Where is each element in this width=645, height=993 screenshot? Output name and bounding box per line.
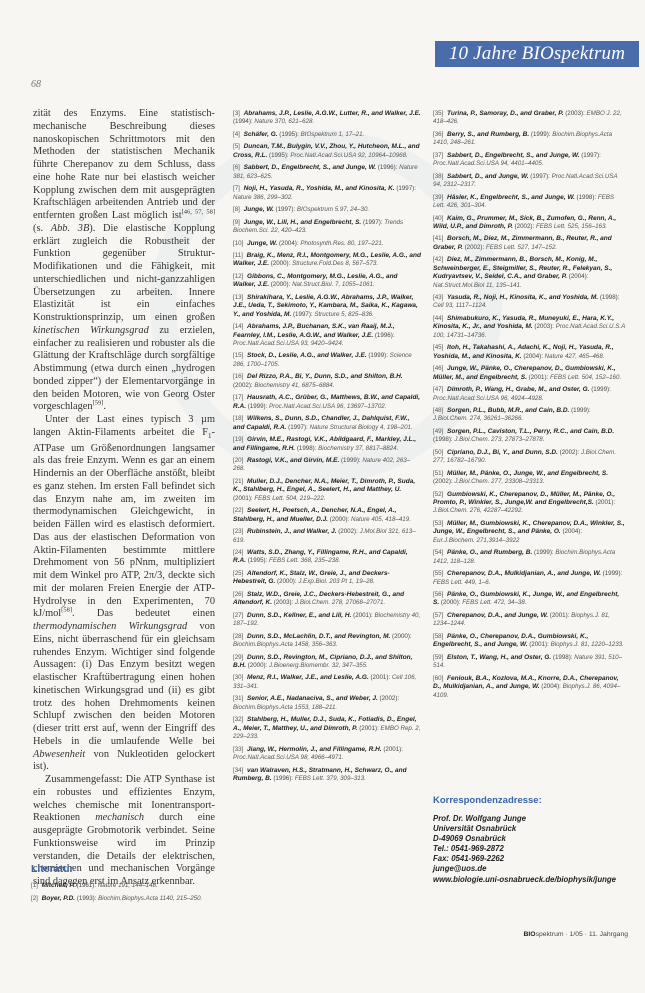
- reference-item: [34] van Walraven, H.S., Stratmann, H., …: [233, 767, 421, 784]
- reference-item: [26] Stalz, W.D., Greie, J.C., Deckers-H…: [233, 591, 421, 608]
- reference-list-left: [1] Mitchell, P. (1961): Nature 191, 144…: [31, 882, 221, 907]
- reference-auth: Menz, R.I., Walker, J.E., and Leslie, A.…: [247, 674, 369, 681]
- reference-year: (1994):: [233, 118, 254, 125]
- reference-num: [26]: [233, 591, 245, 598]
- reference-auth: Junge, W., Lill, H., and Engelbrecht, S.: [244, 219, 362, 226]
- page-footer: BIOspektrum · 1/05 · 11. Jahrgang: [430, 931, 628, 938]
- reference-item: [44] Shimabukuro, K., Yasuda, R., Muneyu…: [433, 315, 625, 340]
- reference-num: [11]: [233, 252, 245, 259]
- reference-src: Nature 386, 299–302.: [233, 194, 293, 201]
- reference-year: (1998):: [575, 194, 598, 201]
- reference-src: Eur.J.Biochem. 271,3914–3922: [433, 537, 519, 544]
- reference-auth: Häsler, K., Engelbrecht, S., and Junge, …: [447, 194, 575, 201]
- reference-year: (2000):: [275, 578, 298, 585]
- reference-auth: Sabbert, D., Engelbrecht, S., and Junge,…: [447, 152, 579, 159]
- reference-auth: Junge, W.: [247, 240, 277, 247]
- reference-item: [19] Girvin, M.E., Rastogi, V.K., Abildg…: [233, 436, 421, 453]
- reference-num: [1]: [31, 882, 40, 889]
- reference-list-middle: [3] Abrahams, J.P., Leslie, A.G.W., Lutt…: [233, 110, 421, 787]
- reference-year: (1999):: [532, 549, 555, 556]
- reference-num: [38]: [433, 173, 445, 180]
- footer-issue: · 1/05 · 11. Jahrgang: [564, 931, 628, 938]
- reference-year: (2000):: [269, 260, 292, 267]
- reference-auth: Dimroth, P., Wang, H., Grabe, M., and Os…: [447, 386, 589, 393]
- reference-year: (1997):: [579, 152, 600, 159]
- reference-item: [25] Altendorf, K., Stalz, W., Greie, J.…: [233, 570, 421, 587]
- reference-year: (2001):: [548, 612, 571, 619]
- reference-num: [41]: [433, 235, 445, 242]
- reference-src: Proc.Natl.Acad.Sci.USA 98, 4966–4971.: [233, 754, 344, 761]
- body-paragraph: zität des Enzyms. Eine statistisch-mecha…: [33, 108, 215, 414]
- reference-auth: Jiang, W., Hermolin, J., and Fillingame,…: [247, 746, 382, 753]
- reference-year: (2000):: [328, 516, 351, 523]
- corr-fax: Fax: 0541-969-2262: [433, 854, 638, 864]
- reference-item: [33] Jiang, W., Hermolin, J., and Fillin…: [233, 746, 421, 763]
- reference-item: [29] Dunn, S.D., Revington, M., Cipriano…: [233, 654, 421, 671]
- reference-year: (2003):: [533, 323, 556, 330]
- reference-year: (1995):: [246, 557, 269, 564]
- reference-item: [47] Dimroth, P., Wang, H., Grabe, M., a…: [433, 386, 625, 403]
- reference-item: [39] Häsler, K., Engelbrecht, S., and Ju…: [433, 194, 625, 211]
- reference-item: [40] Kaim, G., Prummer, M., Sick, B., Zu…: [433, 215, 625, 232]
- reference-item: [56] Pänke, O., Gumbiowski, K., Junge, W…: [433, 591, 625, 608]
- reference-src: Structure.Fold.Des 8, 567–573.: [292, 260, 378, 267]
- reference-item: [52] Gumbiowski, K., Cherepanov, D., Mül…: [433, 491, 625, 516]
- reference-year: (1996):: [373, 332, 394, 339]
- correspondence-heading: Korrespondenzadresse:: [433, 795, 542, 806]
- reference-year: (1996):: [376, 164, 399, 171]
- reference-auth: Müller, M., Gumbiowski, K., Cherepanov, …: [433, 520, 625, 535]
- reference-auth: Turina, P., Samoray, D., and Graber, P.: [447, 110, 563, 117]
- reference-num: [12]: [233, 273, 245, 280]
- reference-year: (1997):: [529, 173, 552, 180]
- reference-auth: Schäfer, G.: [244, 131, 278, 138]
- reference-item: [23] Rubinstein, J., and Walker, J. (200…: [233, 528, 421, 545]
- reference-num: [52]: [433, 491, 445, 498]
- reference-src: Biochim.Biophys.Acta 1553, 188–211.: [233, 704, 337, 711]
- reference-year: (1999):: [589, 386, 610, 393]
- reference-item: [12] Gibbons, C., Montgomery, M.G., Lesl…: [233, 273, 421, 290]
- reference-item: [43] Yasuda, R., Noji, H., Kinosita, K.,…: [433, 294, 625, 311]
- reference-num: [2]: [31, 895, 40, 902]
- article-body: zität des Enzyms. Eine statistisch-mecha…: [33, 108, 215, 889]
- reference-item: [6] Sabbert, D., Engelbrecht, S., and Ju…: [233, 164, 421, 181]
- reference-item: [8] Junge, W. (1997): BIOspektrum 5.97, …: [233, 206, 421, 214]
- reference-src: BIOspektrum 1, 17–21.: [301, 131, 365, 138]
- reference-auth: Cipriano, D.J., Bi, Y., and Dunn, S.D.: [447, 449, 558, 456]
- reference-year: (1998):: [598, 294, 619, 301]
- reference-auth: Rubinstein, J., and Walker, J.: [247, 528, 336, 535]
- reference-year: (1997):: [291, 311, 314, 318]
- reference-auth: Del Rizzo, P.A., Bi, Y., Dunn, S.D., and…: [247, 373, 403, 380]
- corr-email[interactable]: junge@uos.de: [433, 864, 638, 874]
- reference-num: [29]: [233, 654, 245, 661]
- reference-item: [14] Abrahams, J.P., Buchanan, S.K., van…: [233, 323, 421, 348]
- reference-item: [35] Turina, P., Samoray, D., and Graber…: [433, 110, 625, 127]
- reference-num: [42]: [433, 256, 445, 263]
- reference-year: (1997):: [274, 206, 297, 213]
- reference-year: (2002):: [433, 478, 454, 485]
- reference-item: [17] Hausrath, A.C., Grüber, G., Matthew…: [233, 394, 421, 411]
- reference-year: (1993):: [75, 895, 98, 902]
- reference-year: (1997):: [361, 219, 384, 226]
- reference-year: (1999):: [246, 403, 269, 410]
- reference-item: [16] Del Rizzo, P.A., Bi, Y., Dunn, S.D.…: [233, 373, 421, 390]
- reference-src: Nature 191, 144–148.: [98, 882, 158, 889]
- reference-num: [56]: [433, 591, 445, 598]
- reference-year: (2004):: [277, 240, 300, 247]
- reference-auth: Sorgen, P.L., Caviston, T.L., Perry, R.C…: [447, 428, 614, 435]
- reference-year: (1999):: [601, 570, 622, 577]
- reference-year: (2001):: [369, 674, 392, 681]
- reference-year: (1997):: [286, 424, 309, 431]
- reference-year: (2001):: [357, 725, 380, 732]
- reference-num: [15]: [233, 352, 245, 359]
- reference-item: [27] Dunn, S.D., Kellner, E., and Lill, …: [233, 612, 421, 629]
- reference-num: [6]: [233, 164, 242, 171]
- reference-year: (2002):: [337, 528, 360, 535]
- reference-auth: Noji, H., Yasuda, R., Yoshida, M., and K…: [244, 185, 395, 192]
- reference-src: Nat.Struct.Mol.Biol 11, 135–141.: [433, 282, 522, 289]
- reference-src: FEBS Lett. 504, 219–222.: [254, 495, 325, 502]
- reference-item: [45] Itoh, H., Takahashi, A., Adachi, K.…: [433, 344, 625, 361]
- reference-item: [28] Dunn, S.D., McLachlin, D.T., and Re…: [233, 633, 421, 650]
- reference-year: (1998):: [433, 436, 454, 443]
- reference-num: [10]: [233, 240, 245, 247]
- reference-src: Biochemistry 41, 6875–6884.: [254, 382, 334, 389]
- reference-year: (2001):: [233, 495, 254, 502]
- reference-item: [36] Berry, S., and Rumberg, B. (1999): …: [433, 131, 625, 148]
- reference-auth: Sabbert, D., and Junge, W.: [447, 173, 529, 180]
- reference-auth: Elston, T., Wang, H., and Oster, G.: [447, 654, 551, 661]
- reference-auth: Gumbiowski, K., Cherepanov, D., Müller, …: [433, 491, 615, 506]
- reference-src: Biochim.Biophys.Acta 1140, 215–250.: [98, 895, 202, 902]
- reference-num: [14]: [233, 323, 245, 330]
- reference-src: J.Biol.Chem. 273, 27873–27878.: [454, 436, 544, 443]
- reference-item: [50] Cipriano, D.J., Bi, Y., and Dunn, S…: [433, 449, 625, 466]
- reference-num: [43]: [433, 294, 445, 301]
- reference-auth: Abrahams, J.P., Buchanan, S.K., van Raai…: [233, 323, 395, 338]
- reference-auth: Cherepanov, D.A., Mulkidjanian, A., and …: [447, 570, 601, 577]
- reference-src: Proc.Natl.Acad.Sci.USA 96, 4924–4928.: [433, 395, 544, 402]
- reference-src: Proc.Natl.Acad.Sci.USA 93, 9420–9424.: [233, 340, 344, 347]
- corr-name: Prof. Dr. Wolfgang Junge: [433, 814, 638, 824]
- reference-src: FEBS Lett. 379, 309–313.: [295, 775, 366, 782]
- reference-num: [36]: [433, 131, 445, 138]
- reference-num: [18]: [233, 415, 245, 422]
- reference-item: [11] Braig, K., Menz, R.I., Montgomery, …: [233, 252, 421, 269]
- reference-year: (1995):: [267, 152, 290, 159]
- reference-num: [48]: [433, 407, 445, 414]
- footer-brand-bold: BIO: [523, 931, 535, 938]
- reference-num: [53]: [433, 520, 445, 527]
- reference-num: [58]: [433, 633, 445, 640]
- reference-item: [53] Müller, M., Gumbiowski, K., Cherepa…: [433, 520, 625, 545]
- reference-src: Nature Structural Biology 4, 198–201.: [310, 424, 413, 431]
- reference-num: [47]: [433, 386, 445, 393]
- reference-auth: Pänke, O., and Rumberg, B.: [447, 549, 532, 556]
- reference-item: [7] Noji, H., Yasuda, R., Yoshida, M., a…: [233, 185, 421, 202]
- reference-src: Structure 5, 825–836.: [314, 311, 374, 318]
- reference-item: [21] Muller, D.J., Dencher, N.A., Meier,…: [233, 478, 421, 503]
- reference-year: (2001):: [382, 746, 403, 753]
- reference-item: [48] Sorgen, P.L., Bubb, M.R., and Cain,…: [433, 407, 625, 424]
- reference-year: (1999):: [367, 352, 390, 359]
- reference-num: [37]: [433, 152, 445, 159]
- reference-src: Biophys.J. 81, 1220–1233.: [551, 641, 624, 648]
- reference-item: [5] Duncan, T.M., Bulygin, V.V., Zhou, Y…: [233, 143, 421, 160]
- reference-item: [37] Sabbert, D., Engelbrecht, S., and J…: [433, 152, 625, 169]
- reference-src: BIOspektrum 5.97, 24–30.: [297, 206, 369, 213]
- reference-year: (2004):: [522, 353, 545, 360]
- reference-num: [27]: [233, 612, 245, 619]
- reference-item: [20] Rastogi, V.K., and Girvin, M.E. (19…: [233, 457, 421, 474]
- reference-year: (2000):: [246, 662, 269, 669]
- reference-year: (1999):: [529, 131, 552, 138]
- reference-auth: Junge, W.: [244, 206, 274, 213]
- reference-item: [10] Junge, W. (2004): Photosynth.Res. 8…: [233, 240, 421, 248]
- reference-src: Biochim.Biophys.Acta 1458, 356–363.: [233, 641, 338, 648]
- literature-heading: Literatur: [31, 863, 74, 875]
- reference-src: Nature 427, 465–468.: [545, 353, 605, 360]
- reference-year: (1998):: [551, 654, 574, 661]
- reference-auth: Stock, D., Leslie, A.G., and Walker, J.E…: [247, 352, 367, 359]
- reference-num: [57]: [433, 612, 445, 619]
- reference-item: [60] Feniouk, B.A., Kozlova, M.A., Knorr…: [433, 675, 625, 700]
- reference-auth: Sabbert, D., Engelbrecht, S., and Junge,…: [244, 164, 376, 171]
- reference-src: Proc.Natl.Acad.Sci.USA 94, 4401–4405.: [433, 160, 544, 167]
- reference-year: (2000):: [439, 599, 462, 606]
- reference-year: (1998):: [295, 445, 318, 452]
- reference-item: [51] Müller, M., Pänke, O., Junge, W., a…: [433, 470, 625, 487]
- reference-auth: Abrahams, J.P., Leslie, A.G.W., Lutter, …: [244, 110, 421, 117]
- reference-num: [39]: [433, 194, 445, 201]
- reference-num: [7]: [233, 185, 242, 192]
- reference-num: [30]: [233, 674, 245, 681]
- reference-src: J.Biol.Chem. 278, 27068–27071.: [295, 599, 385, 606]
- reference-num: [23]: [233, 528, 245, 535]
- reference-num: [4]: [233, 131, 242, 138]
- journal-banner: 10 Jahre BIOspektrum: [435, 41, 639, 67]
- correspondence-address: Prof. Dr. Wolfgang Junge Universität Osn…: [433, 814, 638, 885]
- reference-item: [42] Diez, M., Zimmermann, B., Borsch, M…: [433, 256, 625, 290]
- reference-year: (1995):: [278, 131, 301, 138]
- reference-item: [30] Menz, R.I., Walker, J.E., and Lesli…: [233, 674, 421, 691]
- reference-auth: Dunn, S.D., Kellner, E., and Lill, H.: [247, 612, 351, 619]
- reference-year: (1999):: [339, 457, 362, 464]
- reference-item: [31] Senior, A.E., Nadanaciva, S., and W…: [233, 695, 421, 712]
- reference-num: [49]: [433, 428, 445, 435]
- reference-num: [8]: [233, 206, 242, 213]
- reference-year: (2003):: [564, 110, 587, 117]
- reference-item: [3] Abrahams, J.P., Leslie, A.G.W., Lutt…: [233, 110, 421, 127]
- reference-num: [16]: [233, 373, 245, 380]
- reference-num: [33]: [233, 746, 245, 753]
- reference-src: J.Biol.Chem. 274, 36261–36266.: [433, 415, 523, 422]
- reference-item: [1] Mitchell, P. (1961): Nature 191, 144…: [31, 882, 221, 890]
- reference-num: [19]: [233, 436, 245, 443]
- reference-item: [9] Junge, W., Lill, H., and Engelbrecht…: [233, 219, 421, 236]
- reference-year: (1997):: [395, 185, 416, 192]
- reference-item: [4] Schäfer, G. (1995): BIOspektrum 1, 1…: [233, 131, 421, 139]
- reference-src: J.Biol.Chem. 276, 42287–42292.: [433, 507, 523, 514]
- reference-num: [20]: [233, 457, 245, 464]
- reference-num: [50]: [433, 449, 445, 456]
- reference-num: [9]: [233, 219, 242, 226]
- body-paragraph: Unter der Last eines typisch 3 µm langen…: [33, 414, 215, 774]
- reference-item: [58] Pänke, O., Cherepanov, D.A., Gumbio…: [433, 633, 625, 650]
- reference-num: [46]: [433, 365, 445, 372]
- reference-auth: Sorgen, P.L., Bubb, M.R., and Cain, B.D.: [447, 407, 569, 414]
- reference-num: [44]: [433, 315, 445, 322]
- reference-year: (1996):: [272, 775, 295, 782]
- reference-num: [35]: [433, 110, 445, 117]
- reference-year: (2001):: [528, 641, 551, 648]
- reference-num: [54]: [433, 549, 445, 556]
- reference-src: Proc.Natl.Acad.Sci.USA 92, 10964–10968.: [290, 152, 407, 159]
- reference-item: [57] Cherepanov, D.A., and Junge, W. (20…: [433, 612, 625, 629]
- reference-year: (2002):: [378, 695, 399, 702]
- reference-year: (2004):: [567, 273, 588, 280]
- reference-src: Nature 405, 418–419.: [351, 516, 411, 523]
- reference-auth: Dunn, S.D., McLachlin, D.T., and Revingt…: [247, 633, 390, 640]
- reference-src: Nature 370, 621–628.: [254, 118, 314, 125]
- reference-item: [41] Borsch, M., Diez, M., Zimmermann, B…: [433, 235, 625, 252]
- reference-src: J.Bioenerg.Biomembr. 32, 347–355.: [269, 662, 368, 669]
- corr-university: Universität Osnabrück: [433, 824, 638, 834]
- reference-src: Cell 93, 1117–1124.: [433, 302, 487, 309]
- reference-item: [59] Elston, T., Wang, H., and Oster, G.…: [433, 654, 625, 671]
- reference-num: [45]: [433, 344, 445, 351]
- reference-year: (2000):: [269, 281, 292, 288]
- reference-src: Proc.Natl.Acad.Sci.USA 96, 13697–13702.: [269, 403, 386, 410]
- reference-item: [32] Stahlberg, H., Muller, D.J., Suda, …: [233, 716, 421, 741]
- reference-year: (2001):: [594, 499, 615, 506]
- banner-title: 10 Jahre BIOspektrum: [449, 43, 625, 65]
- corr-city: D-49069 Osnabrück: [433, 834, 638, 844]
- reference-auth: Boyer, P.D.: [42, 895, 75, 902]
- reference-year: (2004):: [540, 683, 563, 690]
- reference-item: [49] Sorgen, P.L., Caviston, T.L., Perry…: [433, 428, 625, 445]
- reference-auth: Müller, M., Pänke, O., Junge, W., and En…: [447, 470, 608, 477]
- reference-num: [24]: [233, 549, 245, 556]
- reference-item: [54] Pänke, O., and Rumberg, B. (1999): …: [433, 549, 625, 566]
- reference-num: [21]: [233, 478, 245, 485]
- reference-year: (2002):: [233, 382, 254, 389]
- footer-brand-rest: spektrum: [536, 931, 564, 938]
- reference-num: [17]: [233, 394, 245, 401]
- reference-num: [32]: [233, 716, 245, 723]
- reference-num: [40]: [433, 215, 445, 222]
- reference-item: [38] Sabbert, D., and Junge, W. (1997): …: [433, 173, 625, 190]
- reference-src: Nat.Struct.Biol. 7, 1055–1061.: [292, 281, 375, 288]
- reference-year: (1961):: [75, 882, 98, 889]
- reference-year: (2004):: [561, 528, 582, 535]
- reference-auth: Berry, S., and Rumberg, B.: [447, 131, 529, 138]
- reference-year: (2001):: [351, 612, 374, 619]
- reference-src: Biochemistry 37, 8817–8824.: [318, 445, 398, 452]
- reference-year: (2002):: [463, 244, 486, 251]
- reference-year: (2002):: [513, 223, 536, 230]
- reference-num: [31]: [233, 695, 245, 702]
- page-number: 68: [31, 79, 41, 90]
- reference-item: [55] Cherepanov, D.A., Mulkidjanian, A.,…: [433, 570, 625, 587]
- reference-num: [3]: [233, 110, 242, 117]
- reference-src: FEBS Lett. 368, 235–238.: [269, 557, 340, 564]
- reference-src: Photosynth.Res. 80, 197–221.: [300, 240, 383, 247]
- corr-phone: Tel.: 0541-969-2872: [433, 844, 638, 854]
- reference-num: [25]: [233, 570, 245, 577]
- reference-item: [13] Shirakihara, Y., Leslie, A.G.W., Ab…: [233, 294, 421, 319]
- reference-num: [34]: [233, 767, 245, 774]
- reference-auth: Rastogi, V.K., and Girvin, M.E.: [247, 457, 339, 464]
- reference-item: [15] Stock, D., Leslie, A.G., and Walker…: [233, 352, 421, 369]
- reference-auth: Cherepanov, D.A., and Junge, W.: [447, 612, 548, 619]
- reference-item: [24] Watts, S.D., Zhang, Y., Fillingame,…: [233, 549, 421, 566]
- reference-src: FEBS Lett. 525, 156–163.: [536, 223, 607, 230]
- reference-src: FEBS Lett. 449, 1–6.: [433, 579, 490, 586]
- reference-src: FEBS Lett. 472, 34–38.: [462, 599, 526, 606]
- reference-item: [2] Boyer, P.D. (1993): Biochim.Biophys.…: [31, 895, 221, 903]
- reference-item: [18] Wilkens, S., Dunn, S.D., Chandler, …: [233, 415, 421, 432]
- corr-website[interactable]: www.biologie.uni-osnabrueck.de/biophysik…: [433, 875, 638, 885]
- reference-auth: Senior, A.E., Nadanaciva, S., and Weber,…: [247, 695, 378, 702]
- reference-list-right: [35] Turina, P., Samoray, D., and Graber…: [433, 110, 625, 704]
- reference-year: (1999):: [569, 407, 590, 414]
- reference-auth: Muller, D.J., Dencher, N.A., Meier, T., …: [233, 478, 415, 493]
- reference-num: [59]: [433, 654, 445, 661]
- reference-year: (2001):: [527, 374, 550, 381]
- reference-src: FEBS Lett. 504, 152–160.: [550, 374, 621, 381]
- reference-num: [13]: [233, 294, 245, 301]
- reference-year: (2003):: [272, 599, 295, 606]
- reference-item: [22] Seelert, H., Poetsch, A., Dencher, …: [233, 507, 421, 524]
- reference-src: J.Biol.Chem. 277, 23308–23313.: [454, 478, 544, 485]
- reference-item: [46] Junge, W., Pänke, O., Cherepanov, D…: [433, 365, 625, 382]
- reference-year: (2002):: [558, 449, 581, 456]
- reference-src: J.Exp.Biol. 203 Pt 1, 19–28.: [298, 578, 374, 585]
- reference-auth: Yasuda, R., Noji, H., Kinosita, K., and …: [447, 294, 598, 301]
- reference-num: [51]: [433, 470, 445, 477]
- reference-num: [55]: [433, 570, 445, 577]
- reference-src: FEBS Lett. 527, 147–152.: [486, 244, 557, 251]
- reference-auth: Mitchell, P.: [42, 882, 75, 889]
- reference-num: [22]: [233, 507, 245, 514]
- reference-num: [28]: [233, 633, 245, 640]
- reference-year: (2000):: [390, 633, 411, 640]
- reference-num: [5]: [233, 143, 242, 150]
- reference-num: [60]: [433, 675, 445, 682]
